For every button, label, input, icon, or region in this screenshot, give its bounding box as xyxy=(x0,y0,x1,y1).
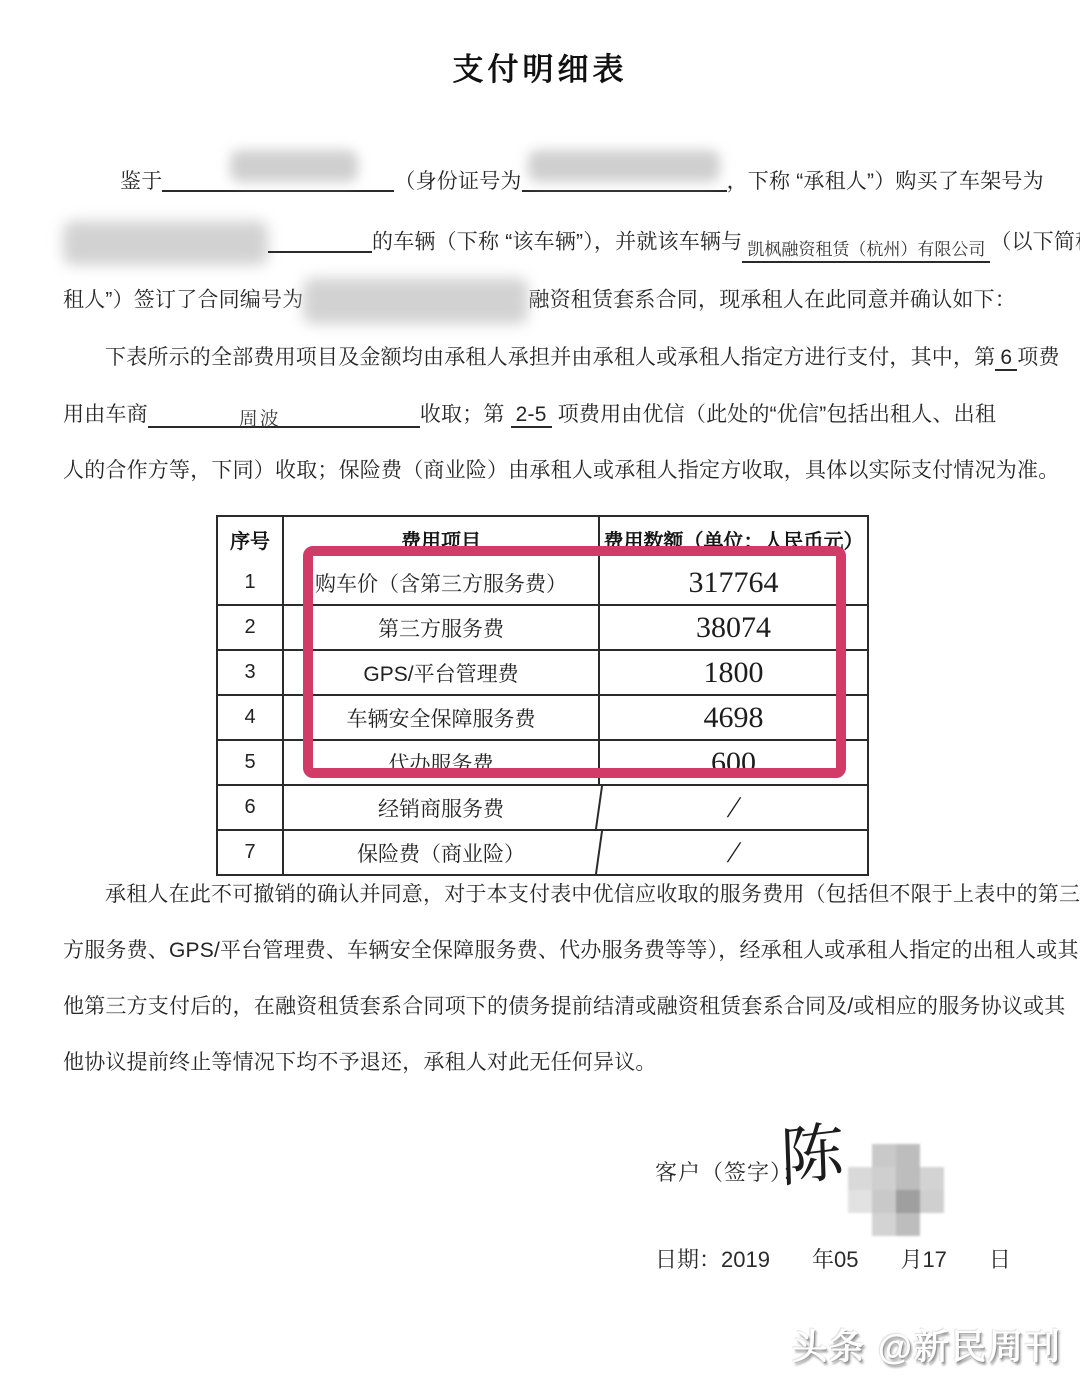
vin-redaction xyxy=(63,221,268,265)
row-item: 经销商服务费 xyxy=(282,786,598,829)
page-title: 支付明细表 xyxy=(0,44,1080,89)
date-line: 日期：2019年05月17日 xyxy=(655,1243,1011,1274)
row-amount: 38074 xyxy=(598,606,867,649)
id-number-redaction xyxy=(528,150,720,182)
agreement-line-3: 他第三方支付后的，在融资租赁套系合同项下的债务提前结清或融资租赁套系合同及/或相… xyxy=(63,990,1065,1024)
row-serial: 5 xyxy=(218,741,282,784)
row-serial: 1 xyxy=(218,561,282,604)
header-serial: 序号 xyxy=(218,517,282,561)
clause-line-2: 用由车商周波收取；第 2-5 项费用由优信（此处的“优信”包括出租人、出租 xyxy=(63,398,996,432)
row-amount: 4698 xyxy=(598,696,867,739)
fee-item-6-number: 6 xyxy=(995,346,1017,371)
car-dealer-name: 周波 xyxy=(239,409,281,430)
table-row: 4 车辆安全保障服务费 4698 xyxy=(218,694,867,739)
row-serial: 6 xyxy=(218,786,282,829)
row-amount: / xyxy=(595,831,870,874)
row-amount: / xyxy=(595,786,870,829)
table-row: 1 购车价（含第三方服务费） 317764 xyxy=(218,561,867,604)
row-item: 保险费（商业险） xyxy=(282,831,598,874)
clause-line-3: 人的合作方等，下同）收取；保险费（商业险）由承租人或承租人指定方收取，具体以实际… xyxy=(63,454,1059,488)
agreement-line-1: 承租人在此不可撤销的确认并同意，对于本支付表中优信应收取的服务费用（包括但不限于… xyxy=(63,878,1080,912)
car-dealer-blank: 周波 xyxy=(148,402,420,428)
id-number-blank xyxy=(522,166,727,192)
scanned-payment-document: 支付明细表 鉴于（身份证号为，下称 “承租人”）购买了车架号为 的车辆（下称 “… xyxy=(0,0,1080,1381)
row-item: GPS/平台管理费 xyxy=(282,651,598,694)
header-fee-item: 费用项目 xyxy=(282,517,598,561)
contract-number-redaction xyxy=(303,278,528,324)
fee-items-range: 2-5 xyxy=(511,403,552,428)
row-item: 车辆安全保障服务费 xyxy=(282,696,598,739)
intro-line-2: 的车辆（下称 “该车辆”），并就该车辆与凯枫融资租赁（杭州）有限公司（以下简称 … xyxy=(63,221,1080,255)
vin-blank xyxy=(268,227,372,253)
clause-line2-mid: 收取；第 xyxy=(420,403,505,426)
clause-line1-post: 项费 xyxy=(1017,346,1059,369)
agreement-line-2: 方服务费、GPS/平台管理费、车辆安全保障服务费、代办服务费等等），经承租人或承… xyxy=(63,934,1079,968)
clause-line2-post: 项费用由优信（此处的“优信”包括出租人、出租 xyxy=(558,403,996,426)
toutiao-watermark: 头条 @新民周刊 xyxy=(792,1320,1062,1370)
lessee-name-redaction xyxy=(230,150,358,182)
date-day-segment: 月17 xyxy=(900,1243,946,1274)
intro-line2-post: （以下简称 “出 xyxy=(990,231,1080,254)
intro-line1-mid: （身份证号为 xyxy=(394,170,521,193)
header-fee-amount: 费用数额（单位：人民币元） xyxy=(598,517,867,561)
date-year-segment: 日期：2019 xyxy=(655,1243,770,1274)
fee-table-header-row: 序号 费用项目 费用数额（单位：人民币元） xyxy=(218,517,867,561)
row-serial: 3 xyxy=(218,651,282,694)
row-serial: 7 xyxy=(218,831,282,874)
table-row: 2 第三方服务费 38074 xyxy=(218,604,867,649)
fee-table-body: 1 购车价（含第三方服务费） 317764 2 第三方服务费 38074 3 G… xyxy=(218,561,867,874)
table-row: 3 GPS/平台管理费 1800 xyxy=(218,649,867,694)
intro-line1-pre: 鉴于 xyxy=(120,170,162,193)
clause-line1-pre: 下表所示的全部费用项目及金额均由承租人承担并由承租人或承租人指定方进行支付，其中… xyxy=(105,346,995,369)
signature-handwriting: 陈 xyxy=(779,1120,845,1192)
clause-line2-pre: 用由车商 xyxy=(63,403,148,426)
row-serial: 4 xyxy=(218,696,282,739)
lessee-name-blank xyxy=(162,166,394,192)
row-item: 代办服务费 xyxy=(282,741,598,784)
agreement-line-4: 他协议提前终止等情况下均不予退还，承租人对此无任何异议。 xyxy=(63,1046,657,1080)
intro-line1-post: ，下称 “承租人”）购买了车架号为 xyxy=(727,170,1044,193)
row-amount: 600 xyxy=(598,741,867,784)
clause-line-1: 下表所示的全部费用项目及金额均由承租人承担并由承租人或承租人指定方进行支付，其中… xyxy=(63,341,1060,375)
table-row: 6 经销商服务费 / xyxy=(218,784,867,829)
intro-line3-post: 融资租赁套系合同，现承租人在此同意并确认如下： xyxy=(528,289,1016,312)
intro-line3-pre: 租人”）签订了合同编号为 xyxy=(63,289,303,312)
row-item: 购车价（含第三方服务费） xyxy=(282,561,598,604)
table-row: 7 保险费（商业险） / xyxy=(218,829,867,874)
table-row: 5 代办服务费 600 xyxy=(218,739,867,784)
intro-line-3: 租人”）签订了合同编号为融资租赁套系合同，现承租人在此同意并确认如下： xyxy=(63,278,1016,312)
lessor-company-name: 凯枫融资租赁（杭州）有限公司 xyxy=(742,233,990,263)
date-month-segment: 年05 xyxy=(812,1243,858,1274)
intro-line-1: 鉴于（身份证号为，下称 “承租人”）购买了车架号为 xyxy=(63,165,1044,199)
intro-line2-text: 的车辆（下称 “该车辆”），并就该车辆与 xyxy=(372,231,742,254)
row-serial: 2 xyxy=(218,606,282,649)
date-day-unit: 日 xyxy=(989,1243,1011,1274)
row-item: 第三方服务费 xyxy=(282,606,598,649)
row-amount: 1800 xyxy=(598,651,867,694)
signature-redaction-mosaic xyxy=(848,1144,944,1236)
row-amount: 317764 xyxy=(598,561,867,604)
fee-table: 序号 费用项目 费用数额（单位：人民币元） 1 购车价（含第三方服务费） 317… xyxy=(216,515,869,876)
